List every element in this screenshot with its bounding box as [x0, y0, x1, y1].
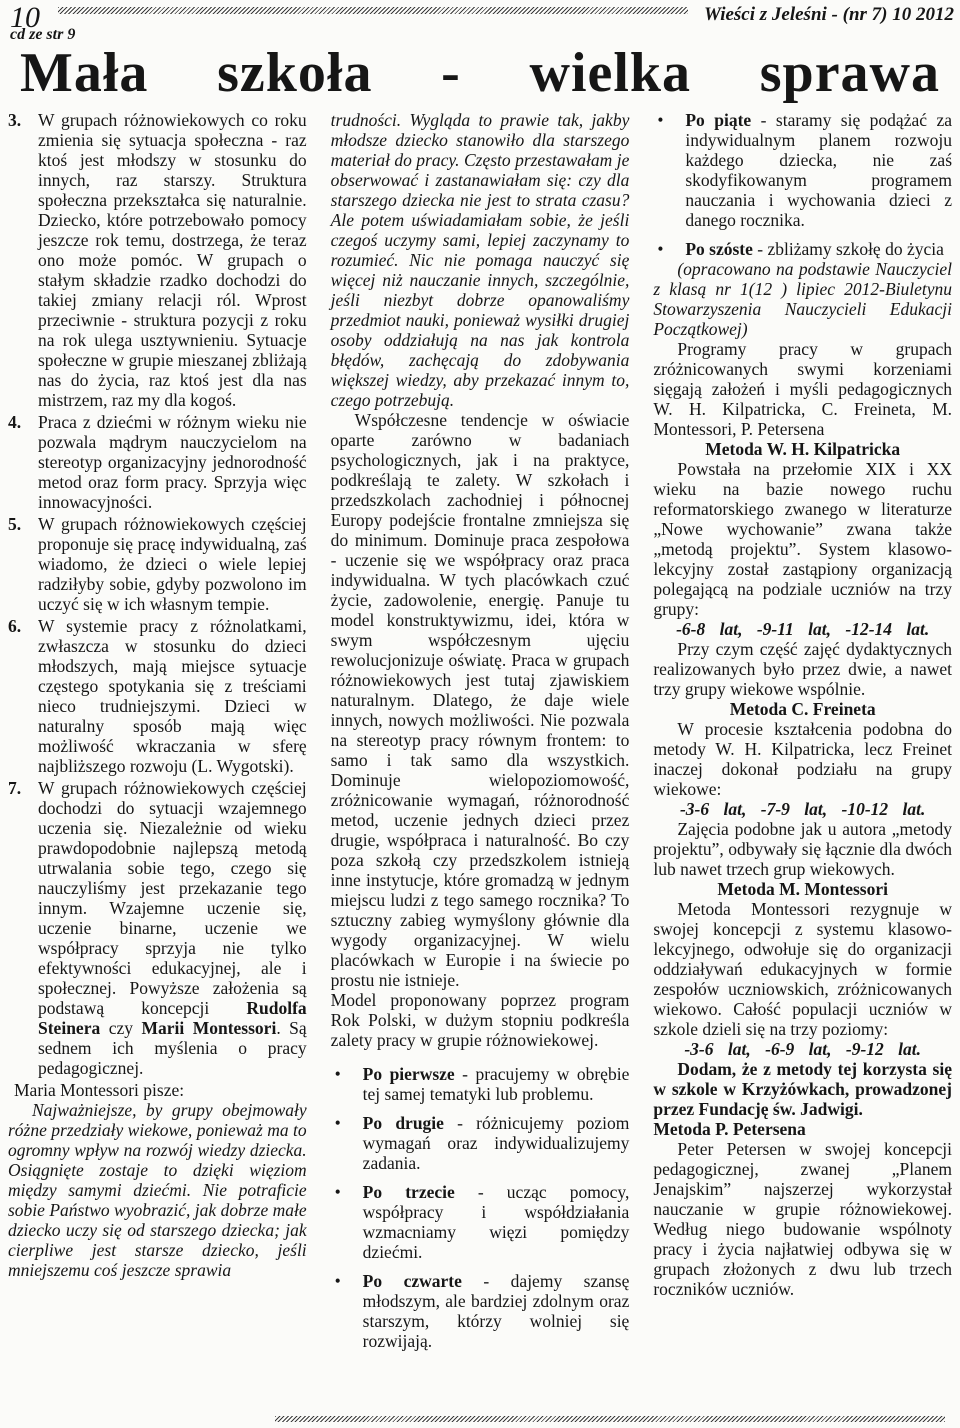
list-text-6: W systemie pracy z różnolatkami, zwłaszc…	[38, 616, 307, 776]
paragraph-freinet-2: Zajęcia podobne jak u autora „metody pro…	[653, 819, 952, 879]
bullet-content: Po pierwsze - pracujemy w obrębie tej sa…	[363, 1064, 630, 1104]
heading-metoda-freineta: Metoda C. Freineta	[653, 699, 952, 719]
list-number-4: 4.	[8, 412, 38, 512]
bullet-icon: •	[331, 1064, 363, 1104]
montessori-intro: Maria Montessori pisze:	[14, 1080, 307, 1100]
bullet-text: - zbliżamy szkołę do życia	[753, 239, 944, 259]
bullet-icon: •	[331, 1113, 363, 1173]
column-left: 3. W grupach różnowiekowych co roku zmie…	[8, 110, 307, 1412]
bullet-content: Po szóste - zbliżamy szkołę do życia	[685, 239, 952, 259]
paragraph-modern-trends: Współczesne tendencje w oświacie oparte …	[331, 410, 630, 990]
heading-metoda-petersena: Metoda P. Petersena	[653, 1119, 952, 1139]
bullet-lead: Po piąte	[685, 110, 751, 130]
bullet-content: Po trzecie - ucząc pomocy, współpracy i …	[363, 1182, 630, 1262]
paragraph-kilpatrick: Powstała na przełomie XIX i XX wieku na …	[653, 459, 952, 619]
article-title: Mała szkoła - wielka sprawa	[0, 46, 960, 102]
bold-name-montessori: Marii Montessori	[141, 1018, 276, 1038]
bullet-content: Po czwarte - dajemy szansę młodszym, ale…	[363, 1271, 630, 1351]
bullet-icon: •	[653, 239, 685, 259]
bullet-lead: Po drugie	[363, 1113, 444, 1133]
paragraph-montessori: Metoda Montessori rezygnuje w swojej kon…	[653, 899, 952, 1039]
heading-metoda-kilpatricka: Metoda W. H. Kilpatricka	[653, 439, 952, 459]
bullet-content: Po piąte - staramy się podążać za indywi…	[685, 110, 952, 230]
heading-metoda-montessori: Metoda M. Montessori	[653, 879, 952, 899]
list-text-7-mid: czy	[100, 1018, 141, 1038]
list-item-3: 3. W grupach różnowiekowych co roku zmie…	[8, 110, 307, 410]
decorative-rule-bottom	[275, 1416, 945, 1422]
montessori-quote: Najważniejsze, by grupy obejmowały różne…	[8, 1100, 307, 1280]
column-right: • Po piąte - staramy się podążać za indy…	[653, 110, 952, 1412]
bullet-content: Po drugie - różnicujemy poziom wymagań o…	[363, 1113, 630, 1173]
bullet-lead: Po czwarte	[363, 1271, 462, 1291]
source-note: (opracowano na podstawie Nauczyciel z kl…	[653, 259, 952, 339]
paragraph-freinet: W procesie kształcenia podobna do metody…	[653, 719, 952, 799]
bullet-item-po-trzecie: • Po trzecie - ucząc pomocy, współpracy …	[331, 1182, 630, 1262]
bullet-item-po-piate: • Po piąte - staramy się podążać za indy…	[653, 110, 952, 230]
paragraph-krzyzowki-note: Dodam, że z metody tej korzysta się w sz…	[653, 1059, 952, 1119]
bullet-lead: Po pierwsze	[363, 1064, 455, 1084]
list-text-7: W grupach różnowiekowych częściej dochod…	[38, 778, 307, 1078]
bullet-icon: •	[653, 110, 685, 230]
bullet-lead: Po szóste	[685, 239, 753, 259]
bullet-item-po-szoste: • Po szóste - zbliżamy szkołę do życia	[653, 239, 952, 259]
decorative-rule-top	[58, 7, 688, 14]
bullet-lead: Po trzecie	[363, 1182, 455, 1202]
list-number-6: 6.	[8, 616, 38, 776]
paragraph-programs: Programy pracy w grupach zróżnicowanych …	[653, 339, 952, 439]
list-number-5: 5.	[8, 514, 38, 614]
bullet-icon: •	[331, 1271, 363, 1351]
list-text-3: W grupach różnowiekowych co roku zmienia…	[38, 110, 307, 410]
column-middle: trudności. Wygląda to prawie tak, jakby …	[331, 110, 630, 1412]
list-item-4: 4. Praca z dziećmi w różnym wieku nie po…	[8, 412, 307, 512]
age-groups-kilpatrick: -6-8 lat, -9-11 lat, -12-14 lat.	[653, 619, 952, 639]
list-number-7: 7.	[8, 778, 38, 1078]
list-text-5: W grupach różnowiekowych częściej propon…	[38, 514, 307, 614]
bullet-item-po-pierwsze: • Po pierwsze - pracujemy w obrębie tej …	[331, 1064, 630, 1104]
paragraph-petersen: Peter Petersen w swojej koncepcji pedago…	[653, 1139, 952, 1299]
age-groups-montessori: -3-6 lat, -6-9 lat, -9-12 lat.	[653, 1039, 952, 1059]
bullet-icon: •	[331, 1182, 363, 1262]
list-text-4: Praca z dziećmi w różnym wieku nie pozwa…	[38, 412, 307, 512]
bullet-item-po-czwarte: • Po czwarte - dajemy szansę młodszym, a…	[331, 1271, 630, 1351]
montessori-quote-continuation: trudności. Wygląda to prawie tak, jakby …	[331, 110, 630, 410]
list-number-3: 3.	[8, 110, 38, 410]
list-item-5: 5. W grupach różnowiekowych częściej pro…	[8, 514, 307, 614]
paragraph-rok-polski: Model proponowany poprzez program Rok Po…	[331, 990, 630, 1050]
issue-title: Wieści z Jeleśni - (nr 7) 10 2012	[704, 4, 954, 26]
paragraph-kilpatrick-2: Przy czym część zajęć dydaktycznych real…	[653, 639, 952, 699]
list-text-7-pre: W grupach różnowiekowych częściej dochod…	[38, 778, 307, 1018]
age-groups-freinet: -3-6 lat, -7-9 lat, -10-12 lat.	[653, 799, 952, 819]
list-item-6: 6. W systemie pracy z różnolatkami, zwła…	[8, 616, 307, 776]
bullet-item-po-drugie: • Po drugie - różnicujemy poziom wymagań…	[331, 1113, 630, 1173]
list-item-7: 7. W grupach różnowiekowych częściej doc…	[8, 778, 307, 1078]
article-body: 3. W grupach różnowiekowych co roku zmie…	[0, 110, 960, 1412]
